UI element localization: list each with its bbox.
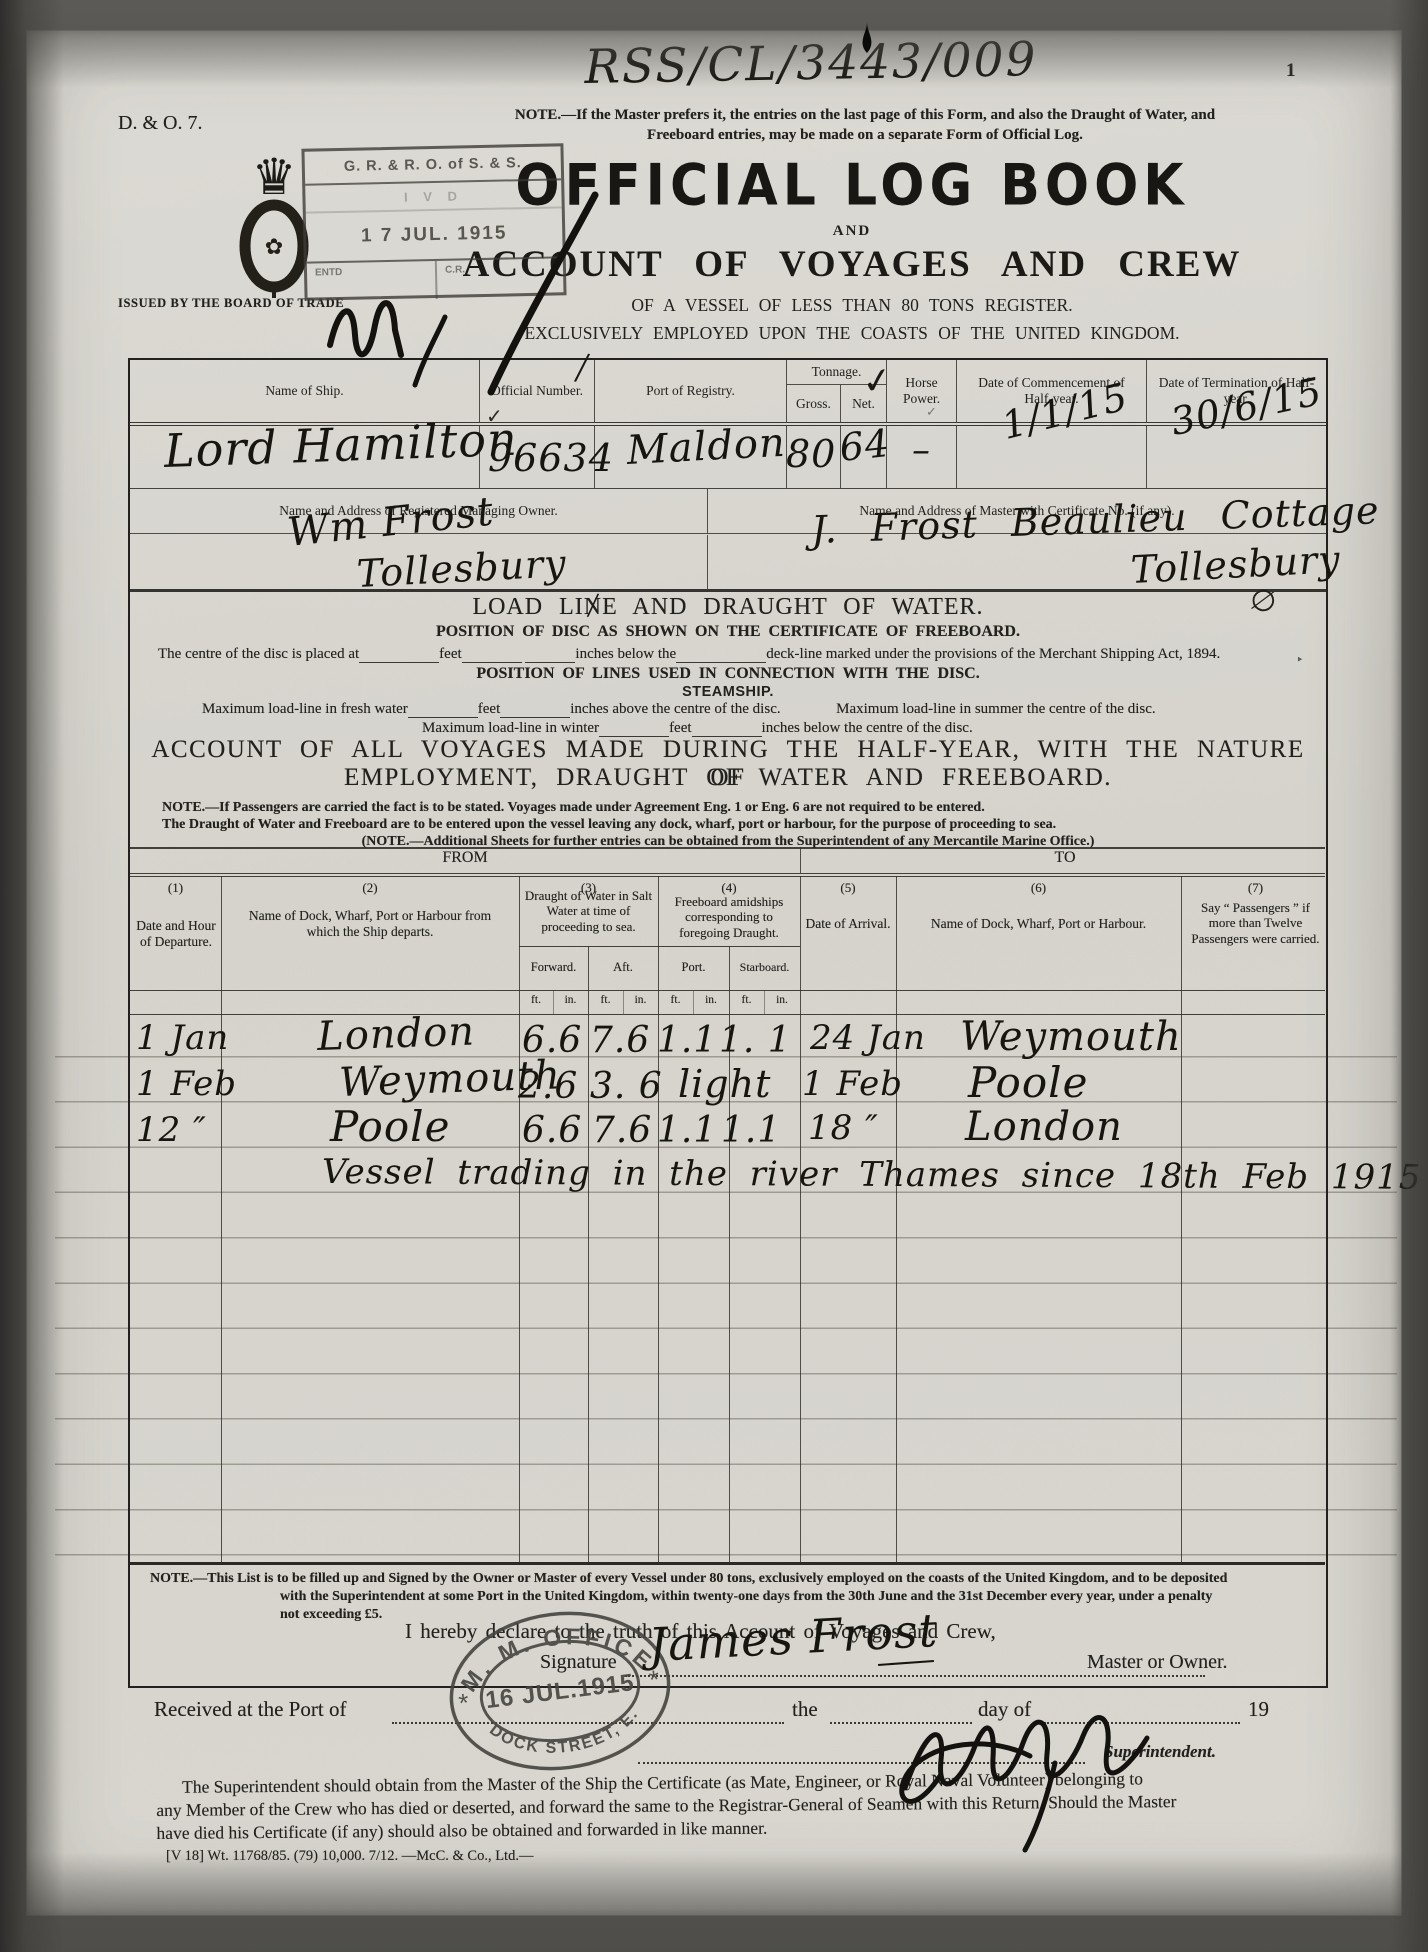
check-mark: ✓ — [859, 358, 895, 404]
voyage-row: light — [678, 1062, 771, 1106]
voyage-row: 1.1 — [657, 1020, 717, 1061]
top-note: NOTE.—If the Master prefers it, the entr… — [426, 106, 1304, 146]
svg-text:*: * — [457, 1687, 471, 1718]
fresh-suffix: inches above the centre of the disc. — [570, 701, 780, 717]
col2-number: (2) — [221, 880, 519, 896]
printer-imprint: [V 18] Wt. 11768/85. (79) 10,000. 7/12. … — [166, 1848, 533, 1865]
voyage-row: 3. 6 — [590, 1066, 663, 1107]
in-label: in. — [623, 994, 658, 1006]
received-the: the — [792, 1697, 818, 1722]
starboard-label: Starboard. — [729, 960, 800, 974]
col1-label: Date and Hour of Departure. — [134, 918, 218, 950]
voyage-row: 1.1 — [657, 1110, 717, 1151]
col7-number: (7) — [1181, 880, 1330, 896]
voyage-row: 1.1 — [721, 1110, 781, 1151]
voyage-row: 7.6 — [590, 1020, 650, 1061]
net-tonnage-handwriting: 64 — [837, 421, 892, 470]
voyage-row: 18 ″ — [808, 1108, 879, 1148]
check-mark: ✓ — [486, 404, 503, 429]
winter-suffix: inches below the centre of the disc. — [762, 720, 973, 736]
top-note-line2: Freeboard entries, may be made on a sepa… — [647, 127, 1083, 143]
col7-label: Say “ Passengers ” if more than Twelve P… — [1187, 900, 1324, 946]
col3-label: Draught of Water in Salt Water at time o… — [524, 888, 653, 934]
margin-arrow-mark: ‣ — [1296, 652, 1304, 668]
ft-label: ft. — [519, 994, 553, 1006]
horse-power-handwriting: – — [912, 430, 931, 471]
stamp-date-text: 16 JUL.1915 — [484, 1669, 636, 1714]
account-heading-line2: EMPLOYMENT, DRAUGHT OF WATER AND FREEBOA… — [130, 764, 1326, 792]
gross-tonnage-handwriting: 80 — [786, 432, 836, 476]
received-year: 19 — [1248, 1697, 1269, 1722]
winter-prefix: Maximum load-line in winter — [422, 720, 599, 736]
voyage-row: London — [965, 1104, 1123, 1150]
svg-text:♛: ♛ — [252, 149, 297, 205]
superintendent-signature — [845, 1668, 1175, 1853]
form-code: D. & O. 7. — [118, 112, 202, 135]
aft-label: Aft. — [588, 960, 658, 975]
account-note1: NOTE.—If Passengers are carried the fact… — [162, 800, 985, 816]
centre-feet: feet — [439, 646, 461, 662]
received-prefix: Received at the Port of — [154, 1697, 346, 1722]
account-note2: The Draught of Water and Freeboard are t… — [162, 817, 1056, 833]
voyage-row: 1 Feb — [136, 1064, 237, 1104]
summer-text: Maximum load-line in summer the centre o… — [836, 701, 1156, 717]
centre-mid: inches below the — [575, 646, 676, 662]
steamship-heading: STEAMSHIP. — [130, 684, 1326, 700]
voyage-row: 1 Feb — [802, 1064, 903, 1104]
declaration-note1: NOTE.—This List is to be filled up and S… — [150, 1571, 1227, 1587]
fresh-feet: feet — [478, 701, 500, 717]
col1-number: (1) — [130, 880, 221, 896]
disc-heading: POSITION OF DISC AS SHOWN ON THE CERTIFI… — [130, 623, 1326, 641]
top-note-line1: NOTE.—If the Master prefers it, the entr… — [515, 107, 1215, 123]
forward-label: Forward. — [519, 960, 588, 975]
horse-power-label: Horse Power. — [887, 375, 956, 407]
voyage-row: 12 ″ — [136, 1110, 207, 1150]
centre-suffix: deck-line marked under the provisions of… — [766, 646, 1220, 662]
ft-label: ft. — [729, 994, 764, 1006]
archive-reference-handwriting: RSS/CL/3443/009 — [584, 32, 1038, 95]
voyage-row: Weymouth — [960, 1014, 1182, 1060]
voyage-row: London — [316, 1009, 475, 1060]
svg-text:DOCK STREET, E.: DOCK STREET, E. — [485, 1704, 646, 1766]
col6-label: Name of Dock, Wharf, Port or Harbour. — [920, 916, 1157, 932]
disc-fill-line: The centre of the disc is placed atfeet … — [158, 646, 1323, 663]
in-label: in. — [693, 994, 729, 1006]
winter-feet: feet — [669, 720, 691, 736]
voyage-note-row: Vessel trading in the river Thames since… — [322, 1152, 1422, 1198]
voyage-row: 24 Jan — [810, 1018, 926, 1058]
centre-prefix: The centre of the disc is placed at — [158, 646, 359, 662]
port-label: Port. — [658, 960, 729, 975]
check-mark: ✓ — [926, 404, 937, 420]
page-number: 1 — [1286, 60, 1296, 82]
ft-label: ft. — [588, 994, 623, 1006]
declaration-note3: not exceeding £5. — [280, 1607, 382, 1623]
voyage-row: Poole — [968, 1058, 1088, 1107]
voyage-row: 6.6 — [522, 1110, 582, 1151]
port-of-registry-label: Port of Registry. — [646, 383, 735, 399]
winter-line: Maximum load-line in winterfeetinches be… — [422, 720, 973, 737]
port-of-registry-handwriting: Maldon — [626, 420, 787, 474]
ft-label: ft. — [658, 994, 693, 1006]
receipt-stamp-line1: G. R. & R. O. of S. & S. — [304, 146, 561, 185]
voyage-row: 1. 1 — [719, 1020, 792, 1061]
scanned-log-book-page: { "marks": {"check":"\u2713","slash":"/"… — [0, 0, 1428, 1952]
to-label: TO — [800, 849, 1330, 867]
declaration-note2: with the Superintendent at some Port in … — [280, 1589, 1212, 1605]
col-horse-power: Horse Power. — [887, 360, 957, 422]
voyage-row: 7.6 — [592, 1110, 652, 1151]
svg-text:✿: ✿ — [265, 234, 283, 259]
lines-heading: POSITION OF LINES USED IN CONNECTION WIT… — [130, 665, 1326, 683]
official-number-handwriting: 96634 — [488, 436, 614, 480]
voyage-row: Poole — [330, 1102, 450, 1151]
fresh-prefix: Maximum load-line in fresh water — [202, 701, 408, 717]
voyage-row: 1 Jan — [136, 1018, 229, 1058]
col5-label: Date of Arrival. — [805, 916, 891, 932]
col4-label: Freeboard amidships corresponding to for… — [663, 894, 795, 940]
gross-label: Gross. — [787, 385, 841, 422]
fresh-water-line: Maximum load-line in fresh waterfeetinch… — [202, 701, 1322, 718]
from-label: FROM — [130, 849, 800, 867]
in-label: in. — [764, 994, 800, 1006]
stamp-bottom-text: DOCK STREET, E. — [485, 1704, 646, 1766]
col6-number: (6) — [896, 880, 1181, 896]
load-line-title: LOAD LINE AND DRAUGHT OF WATER. — [130, 594, 1326, 621]
binder-mark — [856, 22, 878, 56]
col5-number: (5) — [800, 880, 896, 896]
in-label: in. — [553, 994, 588, 1006]
col2-label: Name of Dock, Wharf, Port or Harbour fro… — [241, 908, 499, 940]
voyage-row: 2.6 — [518, 1066, 578, 1107]
